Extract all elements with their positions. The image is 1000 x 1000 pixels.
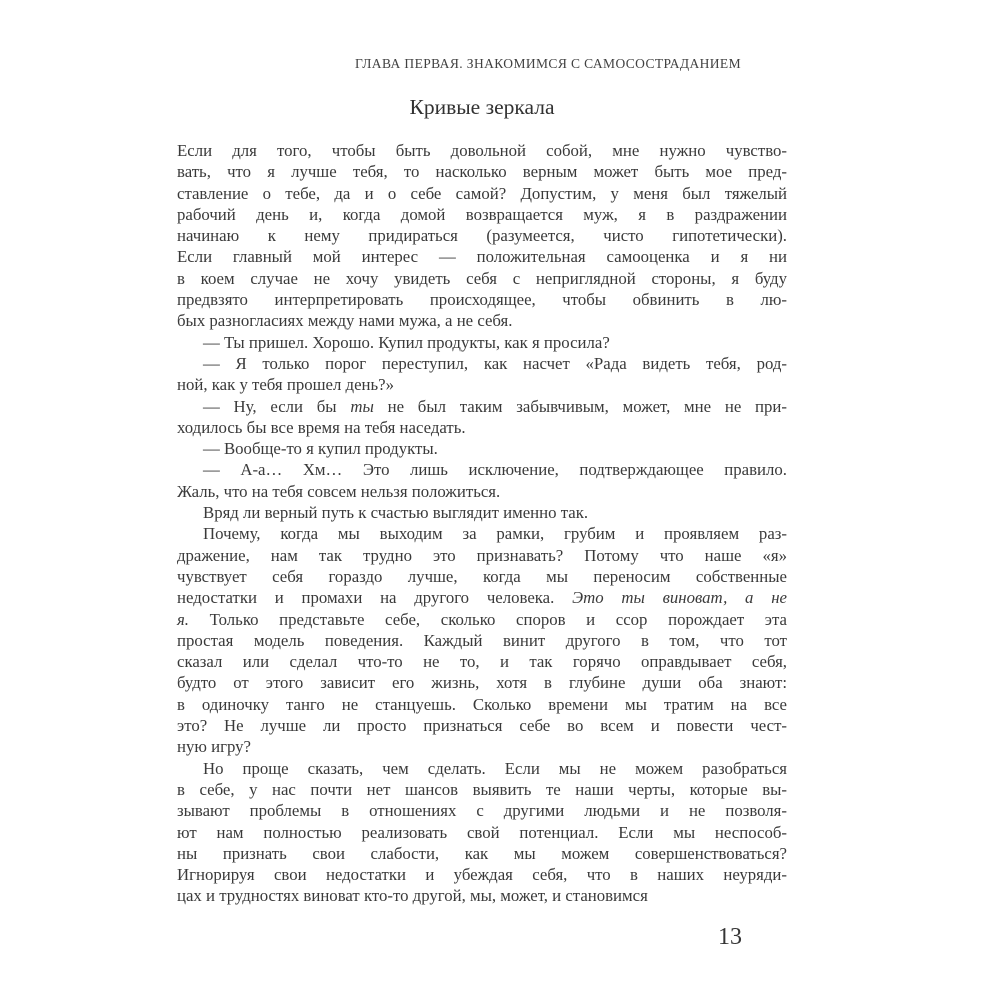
text-line: простая модель поведения. Каждый винит д… — [177, 630, 787, 651]
text-line: Игнорируя свои недостатки и убеждая себя… — [177, 864, 787, 885]
text-line: предвзято интерпретировать происходящее,… — [177, 289, 787, 310]
text-line: в коем случае не хочу увидеть себя с неп… — [177, 268, 787, 289]
text-line: ходилось бы все время на тебя наседать. — [177, 417, 787, 438]
text-line: ной, как у тебя прошел день?» — [177, 374, 787, 395]
book-page: ГЛАВА ПЕРВАЯ. ЗНАКОМИМСЯ С САМОСОСТРАДАН… — [0, 0, 1000, 1000]
text-line: — Ты пришел. Хорошо. Купил продукты, как… — [177, 332, 787, 353]
text-line: ют нам полностью реализовать свой потенц… — [177, 822, 787, 843]
text-line: рабочий день и, когда домой возвращается… — [177, 204, 787, 225]
text-line: в себе, у нас почти нет шансов выявить т… — [177, 779, 787, 800]
text-line: дражение, нам так трудно это признавать?… — [177, 545, 787, 566]
text-line: — А-а… Хм… Это лишь исключение, подтверж… — [177, 459, 787, 480]
text-line: начинаю к нему придираться (разумеется, … — [177, 225, 787, 246]
section-title: Кривые зеркала — [177, 95, 787, 120]
text-line: Если для того, чтобы быть довольной собо… — [177, 140, 787, 161]
text-line: Если главный мой интерес — положительная… — [177, 246, 787, 267]
text-line: сказал или сделал что-то не то, и так го… — [177, 651, 787, 672]
text-line: — Ну, если бы ты не был таким забывчивым… — [177, 396, 787, 417]
text-line: вать, что я лучше тебя, то насколько вер… — [177, 161, 787, 182]
text-line: зывают проблемы в отношениях с другими л… — [177, 800, 787, 821]
page-number: 13 — [177, 924, 742, 951]
text-line: это? Не лучше ли просто признаться себе … — [177, 715, 787, 736]
text-line: Почему, когда мы выходим за рамки, груби… — [177, 523, 787, 544]
text-line: в одиночку танго не станцуешь. Сколько в… — [177, 694, 787, 715]
text-line: ную игру? — [177, 736, 787, 757]
text-line: недостатки и промахи на другого человека… — [177, 587, 787, 608]
text-line: бых разногласиях между нами мужа, а не с… — [177, 310, 787, 331]
text-line: ны признать свои слабости, как мы можем … — [177, 843, 787, 864]
text-line: — Я только порог переступил, как насчет … — [177, 353, 787, 374]
text-line: будто от этого зависит его жизнь, хотя в… — [177, 672, 787, 693]
body-text: Если для того, чтобы быть довольной собо… — [177, 140, 787, 907]
running-header: ГЛАВА ПЕРВАЯ. ЗНАКОМИМСЯ С САМОСОСТРАДАН… — [177, 56, 741, 72]
text-line: Жаль, что на тебя совсем нельзя положить… — [177, 481, 787, 502]
text-line: ставление о тебе, да и о себе самой? Доп… — [177, 183, 787, 204]
text-line: Вряд ли верный путь к счастью выглядит и… — [177, 502, 787, 523]
text-line: я. Только представьте себе, сколько спор… — [177, 609, 787, 630]
text-line: чувствует себя гораздо лучше, когда мы п… — [177, 566, 787, 587]
text-line: — Вообще-то я купил продукты. — [177, 438, 787, 459]
text-line: цах и трудностях виноват кто-то другой, … — [177, 885, 787, 906]
text-line: Но проще сказать, чем сделать. Если мы н… — [177, 758, 787, 779]
